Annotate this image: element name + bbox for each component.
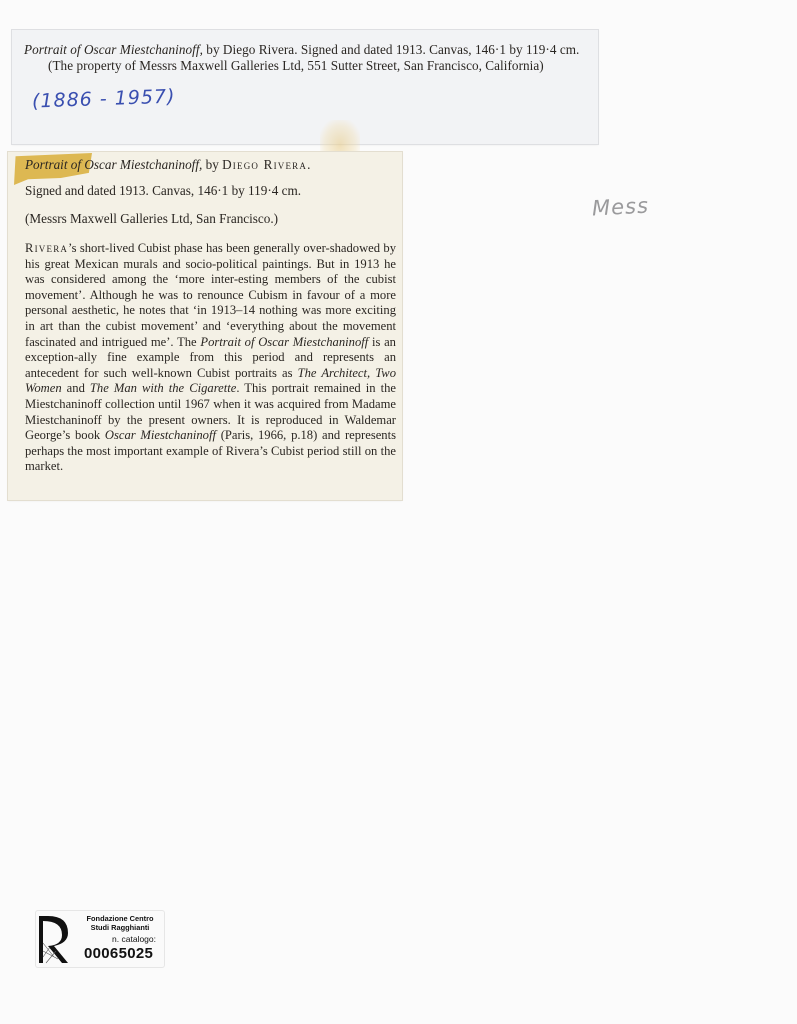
catalog-label: n. catalogo:	[112, 934, 156, 944]
body-lead: Rivera	[25, 241, 68, 255]
org-line2: Studi Ragghianti	[80, 923, 160, 932]
artwork-details: by Diego Rivera. Signed and dated 1913. …	[203, 42, 579, 57]
handwritten-artist-years: (1886 - 1957)	[32, 86, 176, 113]
entry-owner: (Messrs Maxwell Galleries Ltd, San Franc…	[25, 211, 278, 227]
archive-stamp: Fondazione CentroStudi Ragghianti n. cat…	[36, 911, 164, 967]
body-text-part: ’s short-lived Cubist phase has been gen…	[25, 241, 396, 349]
entry-title-italic: Portrait of Oscar Miestchaninoff,	[25, 157, 202, 172]
entry-body-text: Rivera’s short-lived Cubist phase has be…	[25, 241, 396, 475]
handwritten-note: Mess	[591, 194, 649, 221]
ragghianti-logo-icon	[36, 913, 72, 965]
entry-title: Portrait of Oscar Miestchaninoff, by Die…	[25, 157, 312, 173]
body-italic-title: Portrait of Oscar Miestchaninoff	[200, 335, 368, 349]
catalog-number: 00065025	[84, 945, 153, 962]
stamp-organization: Fondazione CentroStudi Ragghianti	[80, 914, 160, 932]
top-clipping-line2: (The property of Messrs Maxwell Gallerie…	[48, 58, 544, 74]
body-italic-title: The Man with the Cigarette	[90, 381, 236, 395]
top-clipping-line1: Portrait of Oscar Miestchaninoff, by Die…	[24, 42, 579, 58]
artist-name: Diego Rivera.	[222, 157, 312, 172]
catalogue-entry-clipping: Portrait of Oscar Miestchaninoff, by Die…	[8, 152, 402, 500]
top-press-clipping: Portrait of Oscar Miestchaninoff, by Die…	[12, 30, 598, 144]
org-line1: Fondazione Centro	[80, 914, 160, 923]
entry-signed-dated: Signed and dated 1913. Canvas, 146·1 by …	[25, 183, 301, 199]
body-italic-title: Oscar Miestchaninoff	[105, 428, 216, 442]
body-text-part: and	[62, 381, 90, 395]
entry-title-by: by	[202, 157, 222, 172]
artwork-title: Portrait of Oscar Miestchaninoff,	[24, 42, 203, 57]
